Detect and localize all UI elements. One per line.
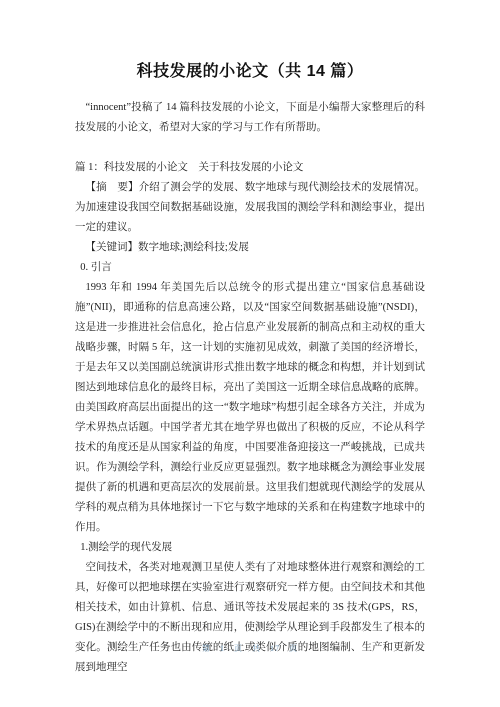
- abstract-paragraph: 【摘 要】介绍了测会学的发展、数字地球与现代测绘技术的发展情况。为加速建设我国空…: [75, 178, 425, 238]
- document-page: 科技发展的小论文（共 14 篇） “innocent”投稿了 14 篇科技发展的…: [0, 0, 500, 707]
- section-1-heading: 1.测绘学的现代发展: [75, 538, 425, 558]
- page-number-indicator: 第 1 页 共 17 页: [0, 643, 500, 655]
- intro-paragraph: “innocent”投稿了 14 篇科技发展的小论文，下面是小编帮大家整理后的科…: [75, 98, 425, 138]
- section-0-paragraph: 1993 年和 1994 年美国先后以总统令的形式提出建立“国家信息基础设施”(…: [75, 278, 425, 538]
- article-1-heading: 篇 1：科技发展的小论文 关于科技发展的小论文: [75, 158, 425, 178]
- keywords-line: 【关键词】数字地球;测绘科技;发展: [75, 238, 425, 258]
- page-title: 科技发展的小论文（共 14 篇）: [75, 60, 425, 84]
- section-0-heading: 0. 引言: [75, 258, 425, 278]
- section-1-paragraph: 空间技术，各类对地观测卫星使人类有了对地球整体进行观察和测绘的工具，好像可以把地…: [75, 558, 425, 678]
